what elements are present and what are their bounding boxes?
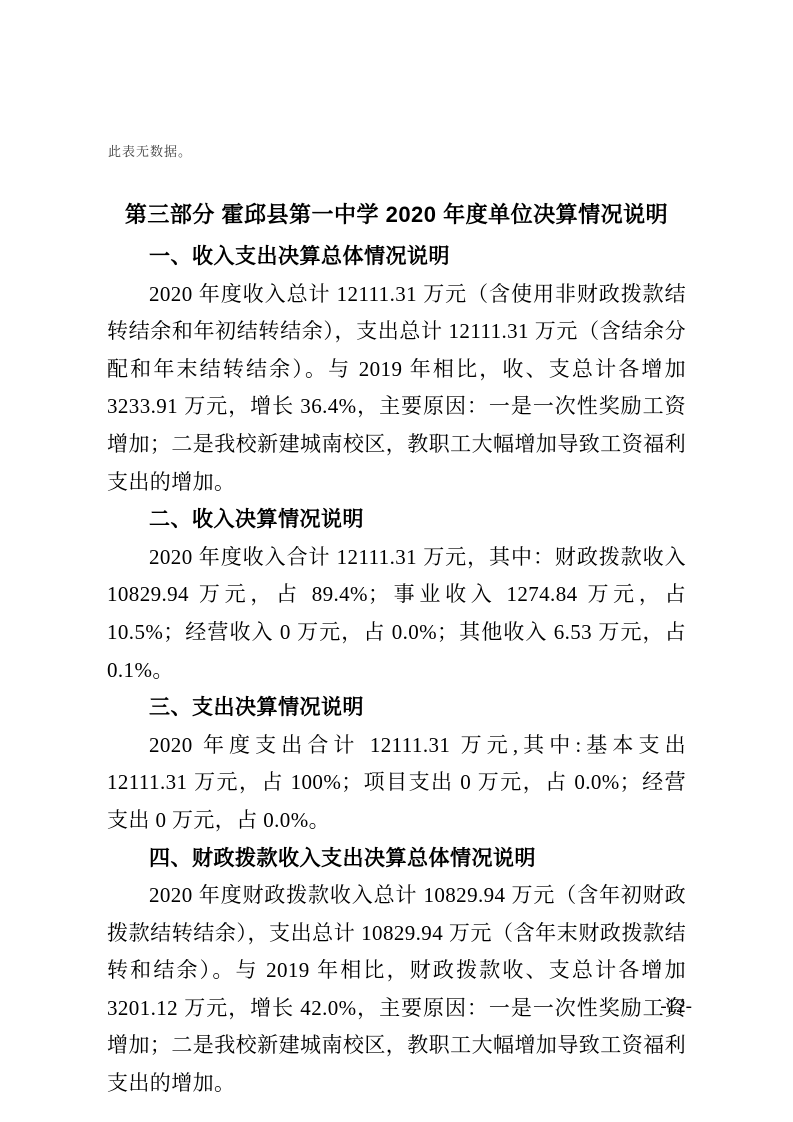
section-paragraph: 2020 年度财政拨款收入总计 10829.94 万元（含年初财政拨款结转结余）… <box>107 877 686 1103</box>
section-heading-fiscal-appropriation-overview: 四、财政拨款收入支出决算总体情况说明 <box>107 840 686 878</box>
document-page: 此表无数据。 第三部分 霍邱县第一中学 2020 年度单位决算情况说明 一、收入… <box>0 0 793 1122</box>
section-heading-expenditure-statement: 三、支出决算情况说明 <box>107 689 686 727</box>
no-data-note: 此表无数据。 <box>108 141 192 160</box>
section-heading-income-statement: 二、收入决算情况说明 <box>107 501 686 539</box>
document-title: 第三部分 霍邱县第一中学 2020 年度单位决算情况说明 <box>107 196 686 234</box>
section-paragraph: 2020 年度收入总计 12111.31 万元（含使用非财政拨款结转结余和年初结… <box>107 276 686 502</box>
section-paragraph: 2020 年度支出合计 12111.31 万元,其中:基本支出 12111.31… <box>107 727 686 840</box>
page-number: -12- <box>660 996 692 1018</box>
section-heading-income-expenditure-overview: 一、收入支出决算总体情况说明 <box>107 238 686 276</box>
document-content: 第三部分 霍邱县第一中学 2020 年度单位决算情况说明 一、收入支出决算总体情… <box>107 196 686 1103</box>
section-paragraph: 2020 年度收入合计 12111.31 万元，其中：财政拨款收入 10829.… <box>107 539 686 689</box>
